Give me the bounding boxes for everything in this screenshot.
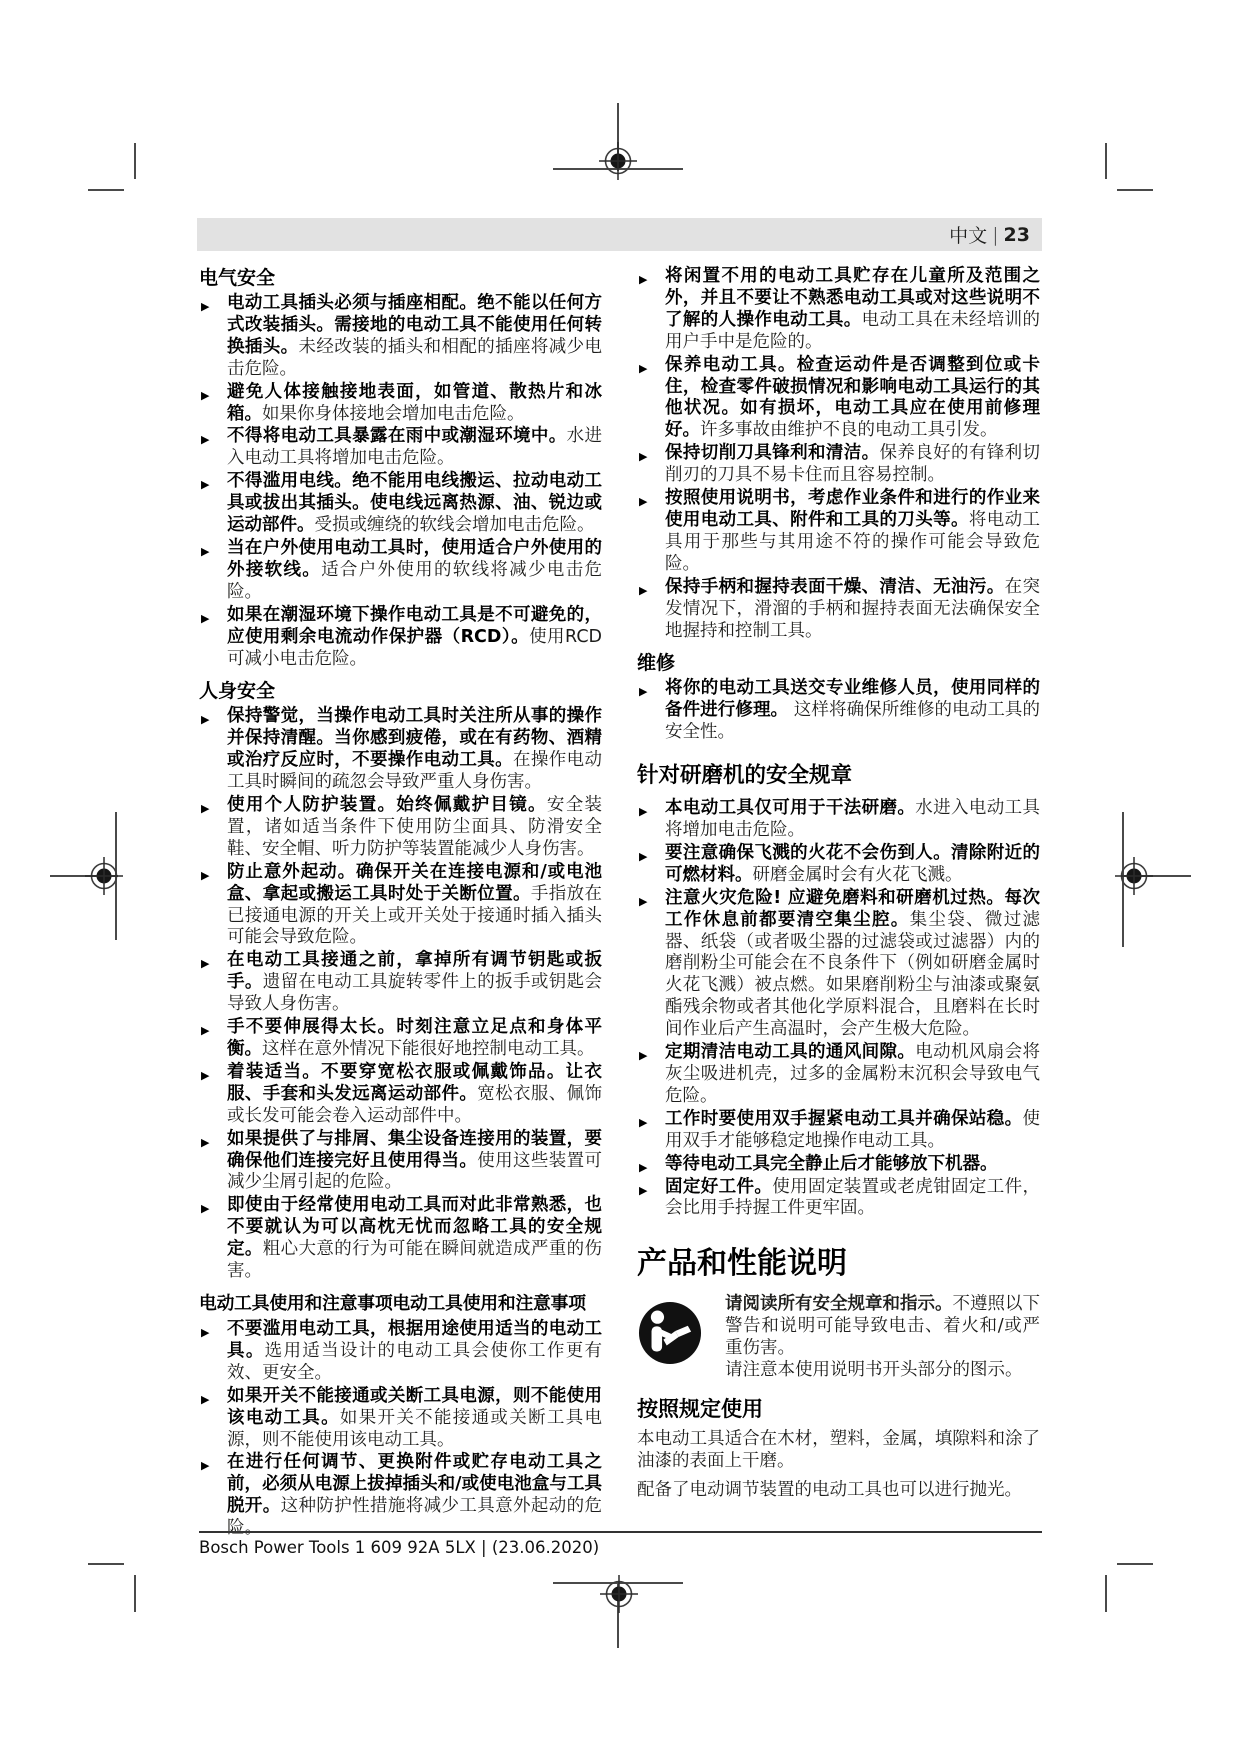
section-heading-personal-safety: 人身安全 [199,679,602,703]
safety-bullet-item: ▶当在户外使用电动工具时，使用适合户外使用的外接软线。适合户外使用的软线将减少电… [199,538,602,604]
bullet-arrow-icon: ▶ [201,1389,209,1411]
bullet-arrow-icon: ▶ [639,580,647,602]
bullet-arrow-icon: ▶ [201,1132,209,1154]
bullet-text: 如果提供了与排屑、集尘设备连接用的装置，要确保他们连接完好且使用得当。使用这些装… [227,1129,602,1195]
crop-mark [1105,143,1107,179]
notice-paragraph: 请阅读所有安全规章和指示。不遵照以下警告和说明可能导致电击、着火和/或严重伤害。 [725,1294,1040,1360]
bullet-arrow-icon: ▶ [201,474,209,496]
bullet-text: 本电动工具仅可用于干法研磨。水进入电动工具将增加电击危险。 [665,798,1040,842]
safety-bullet-item: ▶防止意外起动。确保开关在连接电源和/或电池盒、拿起或搬运工具时处于关断位置。手… [199,862,602,950]
safety-bullet-item: ▶固定好工件。使用固定装置或老虎钳固定工件，会比用手持握工件更牢固。 [637,1177,1040,1221]
bullet-text: 当在户外使用电动工具时，使用适合户外使用的外接软线。适合户外使用的软线将减少电击… [227,538,602,604]
bullet-text: 不得滥用电线。绝不能用电线搬运、拉动电动工具或拔出其插头。使电线远离热源、油、锐… [227,471,602,537]
header-language-label: 中文 [949,221,987,248]
safety-bullet-item: ▶如果在潮湿环境下操作电动工具是不可避免的，应使用剩余电流动作保护器（RCD）。… [199,605,602,671]
bullet-arrow-icon: ▶ [639,891,647,913]
bullet-text: 工作时要使用双手握紧电动工具并确保站稳。使用双手才能够稳定地操作电动工具。 [665,1109,1040,1153]
bullet-arrow-icon: ▶ [201,1322,209,1344]
intended-use-paragraph-1: 本电动工具适合在木材，塑料，金属，填隙料和涂了油漆的表面上干磨。 [637,1429,1040,1473]
bullet-arrow-icon: ▶ [639,491,647,513]
notice-paragraph-2: 请注意本使用说明书开头部分的图示。 [725,1360,1040,1382]
registration-mark-icon [1112,854,1156,898]
crop-mark [134,143,136,179]
bullet-arrow-icon: ▶ [639,1157,647,1179]
safety-bullet-item: ▶按照使用说明书，考虑作业条件和进行的作业来使用电动工具、附件和工具的刀头等。将… [637,488,1040,576]
footer-rule [199,1531,1042,1533]
electrical-safety-list: ▶电动工具插头必须与插座相配。绝不能以任何方式改装插头。需接地的电动工具不能使用… [199,293,602,670]
crop-mark [1105,1575,1107,1612]
crop-mark [134,1575,136,1612]
bullet-text: 等待电动工具完全静止后才能够放下机器。 [665,1154,1040,1176]
bullet-text: 不要滥用电动工具，根据用途使用适当的电动工具。选用适当设计的电动工具会使你工作更… [227,1319,602,1385]
bullet-arrow-icon: ▶ [201,1198,209,1220]
safety-bullet-item: ▶在进行任何调节、更换附件或贮存电动工具之前，必须从电源上拔掉插头和/或使电池盒… [199,1452,602,1540]
safety-bullet-item: ▶在电动工具接通之前，拿掉所有调节钥匙或扳手。遗留在电动工具旋转零件上的扳手或钥… [199,950,602,1016]
chapter-heading-grinder-safety: 针对研磨机的安全规章 [637,762,1040,789]
bullet-text: 如果开关不能接通或关断工具电源，则不能使用该电动工具。如果开关不能接通或关断工具… [227,1386,602,1452]
manual-page: 中文 | 23 电气安全 ▶电动工具插头必须与插座相配。绝不能以任何方式改装插头… [0,0,1241,1754]
safety-bullet-item: ▶要注意确保飞溅的火花不会伤到人。清除附近的可燃材料。研磨金属时会有火花飞溅。 [637,843,1040,887]
bullet-arrow-icon: ▶ [639,269,647,291]
header-separator: | [992,224,998,246]
right-column: ▶将闲置不用的电动工具贮存在儿童所及范围之外，并且不要让不熟悉电动工具或对这些说… [637,266,1040,1509]
safety-bullet-item: ▶避免人体接触接地表面，如管道、散热片和冰箱。如果你身体接地会增加电击危险。 [199,382,602,426]
bullet-text: 着装适当。不要穿宽松衣服或佩戴饰品。让衣服、手套和头发远离运动部件。宽松衣服、佩… [227,1062,602,1128]
safety-bullet-item: ▶保持切削刀具锋利和清洁。保养良好的有锋利切削刃的刀具不易卡住而且容易控制。 [637,443,1040,487]
bullet-text: 如果在潮湿环境下操作电动工具是不可避免的，应使用剩余电流动作保护器（RCD）。使… [227,605,602,671]
crop-mark [88,189,124,191]
bullet-text: 在电动工具接通之前，拿掉所有调节钥匙或扳手。遗留在电动工具旋转零件上的扳手或钥匙… [227,950,602,1016]
safety-bullet-item: ▶将闲置不用的电动工具贮存在儿童所及范围之外，并且不要让不熟悉电动工具或对这些说… [637,266,1040,354]
bullet-arrow-icon: ▶ [639,1112,647,1134]
read-manual-notice: 请阅读所有安全规章和指示。不遵照以下警告和说明可能导致电击、着火和/或严重伤害。… [637,1294,1040,1382]
bullet-text: 注意火灾危险! 应避免磨料和研磨机过热。每次工作休息前都要清空集尘腔。集尘袋、微… [665,888,1040,1041]
bullet-text: 保持手柄和握持表面干燥、清洁、无油污。在突发情况下，滑溜的手柄和握持表面无法确保… [665,577,1040,643]
registration-mark-icon [597,1572,641,1616]
safety-bullet-item: ▶工作时要使用双手握紧电动工具并确保站稳。使用双手才能够稳定地操作电动工具。 [637,1109,1040,1153]
section-heading-service: 维修 [637,651,1040,675]
safety-bullet-item: ▶不得将电动工具暴露在雨中或潮湿环境中。水进入电动工具将增加电击危险。 [199,426,602,470]
section-heading-electrical-safety: 电气安全 [199,266,602,290]
safety-bullet-item: ▶注意火灾危险! 应避免磨料和研磨机过热。每次工作休息前都要清空集尘腔。集尘袋、… [637,888,1040,1041]
bullet-arrow-icon: ▶ [639,681,647,703]
page-header-bar: 中文 | 23 [197,218,1042,251]
bullet-arrow-icon: ▶ [201,1455,209,1477]
bullet-text: 手不要伸展得太长。时刻注意立足点和身体平衡。这样在意外情况下能很好地控制电动工具… [227,1017,602,1061]
bullet-text: 防止意外起动。确保开关在连接电源和/或电池盒、拿起或搬运工具时处于关断位置。手指… [227,862,602,950]
bullet-arrow-icon: ▶ [639,1045,647,1067]
bullet-text: 将你的电动工具送交专业维修人员，使用同样的备件进行修理。 这样将确保所维修的电动… [665,678,1040,744]
bullet-text: 保持警觉，当操作电动工具时关注所从事的操作并保持清醒。当你感到疲倦，或在有药物、… [227,706,602,794]
bullet-text: 在进行任何调节、更换附件或贮存电动工具之前，必须从电源上拔掉插头和/或使电池盒与… [227,1452,602,1540]
safety-bullet-item: ▶使用个人防护装置。始终佩戴护目镜。安全装置，诸如适当条件下使用防尘面具、防滑安… [199,795,602,861]
footer-imprint: Bosch Power Tools 1 609 92A 5LX | (23.06… [199,1538,599,1557]
read-manual-icon [637,1300,703,1366]
bullet-arrow-icon: ▶ [639,446,647,468]
bullet-text: 保持切削刀具锋利和清洁。保养良好的有锋利切削刃的刀具不易卡住而且容易控制。 [665,443,1040,487]
bullet-arrow-icon: ▶ [639,1180,647,1202]
registration-mark-icon [596,139,640,183]
bullet-arrow-icon: ▶ [639,801,647,823]
bullet-text: 即使由于经常使用电动工具而对此非常熟悉，也不要就认为可以高枕无忧而忽略工具的安全… [227,1195,602,1283]
bullet-text: 保养电动工具。检查运动件是否调整到位或卡住，检查零件破损情况和影响电动工具运行的… [665,355,1040,443]
tool-use-care-list: ▶不要滥用电动工具，根据用途使用适当的电动工具。选用适当设计的电动工具会使你工作… [199,1319,602,1540]
section-heading-intended-use: 按照规定使用 [637,1396,1040,1422]
bullet-arrow-icon: ▶ [201,798,209,820]
safety-bullet-item: ▶等待电动工具完全静止后才能够放下机器。 [637,1154,1040,1176]
bullet-arrow-icon: ▶ [201,865,209,887]
header-page-number: 23 [1004,224,1030,246]
bullet-text: 电动工具插头必须与插座相配。绝不能以任何方式改装插头。需接地的电动工具不能使用任… [227,293,602,381]
bullet-arrow-icon: ▶ [201,385,209,407]
safety-bullet-item: ▶保养电动工具。检查运动件是否调整到位或卡住，检查零件破损情况和影响电动工具运行… [637,355,1040,443]
bullet-arrow-icon: ▶ [201,709,209,731]
bullet-arrow-icon: ▶ [201,1020,209,1042]
bullet-text: 要注意确保飞溅的火花不会伤到人。清除附近的可燃材料。研磨金属时会有火花飞溅。 [665,843,1040,887]
notice-bold-text: 请阅读所有安全规章和指示。 [725,1294,953,1314]
crop-mark [1117,189,1153,191]
intended-use-paragraph-2: 配备了电动调节装置的电动工具也可以进行抛光。 [637,1480,1040,1502]
chapter-heading-product-description: 产品和性能说明 [637,1246,1040,1282]
bullet-arrow-icon: ▶ [201,608,209,630]
left-column: 电气安全 ▶电动工具插头必须与插座相配。绝不能以任何方式改装插头。需接地的电动工… [199,266,602,1541]
crop-mark [88,1563,124,1565]
bullet-text: 使用个人防护装置。始终佩戴护目镜。安全装置，诸如适当条件下使用防尘面具、防滑安全… [227,795,602,861]
bullet-text: 将闲置不用的电动工具贮存在儿童所及范围之外，并且不要让不熟悉电动工具或对这些说明… [665,266,1040,354]
bullet-arrow-icon: ▶ [639,846,647,868]
safety-bullet-item: ▶不得滥用电线。绝不能用电线搬运、拉动电动工具或拔出其插头。使电线远离热源、油、… [199,471,602,537]
registration-mark-icon [82,854,126,898]
bullet-arrow-icon: ▶ [201,1065,209,1087]
notice-text: 请阅读所有安全规章和指示。不遵照以下警告和说明可能导致电击、着火和/或严重伤害。… [725,1294,1040,1382]
bullet-text: 避免人体接触接地表面，如管道、散热片和冰箱。如果你身体接地会增加电击危险。 [227,382,602,426]
personal-safety-list: ▶保持警觉，当操作电动工具时关注所从事的操作并保持清醒。当你感到疲倦，或在有药物… [199,706,602,1283]
bullet-text: 不得将电动工具暴露在雨中或潮湿环境中。水进入电动工具将增加电击危险。 [227,426,602,470]
bullet-arrow-icon: ▶ [201,541,209,563]
safety-bullet-item: ▶定期清洁电动工具的通风间隙。电动机风扇会将灰尘吸进机壳，过多的金属粉末沉积会导… [637,1042,1040,1108]
safety-bullet-item: ▶保持手柄和握持表面干燥、清洁、无油污。在突发情况下，滑溜的手柄和握持表面无法确… [637,577,1040,643]
safety-bullet-item: ▶着装适当。不要穿宽松衣服或佩戴饰品。让衣服、手套和头发远离运动部件。宽松衣服、… [199,1062,602,1128]
service-list: ▶将你的电动工具送交专业维修人员，使用同样的备件进行修理。 这样将确保所维修的电… [637,678,1040,744]
bullet-text: 按照使用说明书，考虑作业条件和进行的作业来使用电动工具、附件和工具的刀头等。将电… [665,488,1040,576]
safety-bullet-item: ▶将你的电动工具送交专业维修人员，使用同样的备件进行修理。 这样将确保所维修的电… [637,678,1040,744]
safety-bullet-item: ▶不要滥用电动工具，根据用途使用适当的电动工具。选用适当设计的电动工具会使你工作… [199,1319,602,1385]
safety-bullet-item: ▶本电动工具仅可用于干法研磨。水进入电动工具将增加电击危险。 [637,798,1040,842]
safety-bullet-item: ▶电动工具插头必须与插座相配。绝不能以任何方式改装插头。需接地的电动工具不能使用… [199,293,602,381]
safety-bullet-item: ▶如果提供了与排屑、集尘设备连接用的装置，要确保他们连接完好且使用得当。使用这些… [199,1129,602,1195]
tool-use-care-list-continued: ▶将闲置不用的电动工具贮存在儿童所及范围之外，并且不要让不熟悉电动工具或对这些说… [637,266,1040,642]
bullet-arrow-icon: ▶ [201,296,209,318]
bullet-arrow-icon: ▶ [201,953,209,975]
crop-mark [1117,1563,1153,1565]
bullet-arrow-icon: ▶ [201,429,209,451]
bullet-text: 固定好工件。使用固定装置或老虎钳固定工件，会比用手持握工件更牢固。 [665,1177,1040,1221]
safety-bullet-item: ▶如果开关不能接通或关断工具电源，则不能使用该电动工具。如果开关不能接通或关断工… [199,1386,602,1452]
grinder-safety-list: ▶本电动工具仅可用于干法研磨。水进入电动工具将增加电击危险。▶要注意确保飞溅的火… [637,798,1040,1220]
section-heading-tool-use-care: 电动工具使用和注意事项电动工具使用和注意事项 [199,1292,602,1316]
safety-bullet-item: ▶手不要伸展得太长。时刻注意立足点和身体平衡。这样在意外情况下能很好地控制电动工… [199,1017,602,1061]
bullet-text: 定期清洁电动工具的通风间隙。电动机风扇会将灰尘吸进机壳，过多的金属粉末沉积会导致… [665,1042,1040,1108]
safety-bullet-item: ▶即使由于经常使用电动工具而对此非常熟悉，也不要就认为可以高枕无忧而忽略工具的安… [199,1195,602,1283]
bullet-arrow-icon: ▶ [639,358,647,380]
safety-bullet-item: ▶保持警觉，当操作电动工具时关注所从事的操作并保持清醒。当你感到疲倦，或在有药物… [199,706,602,794]
